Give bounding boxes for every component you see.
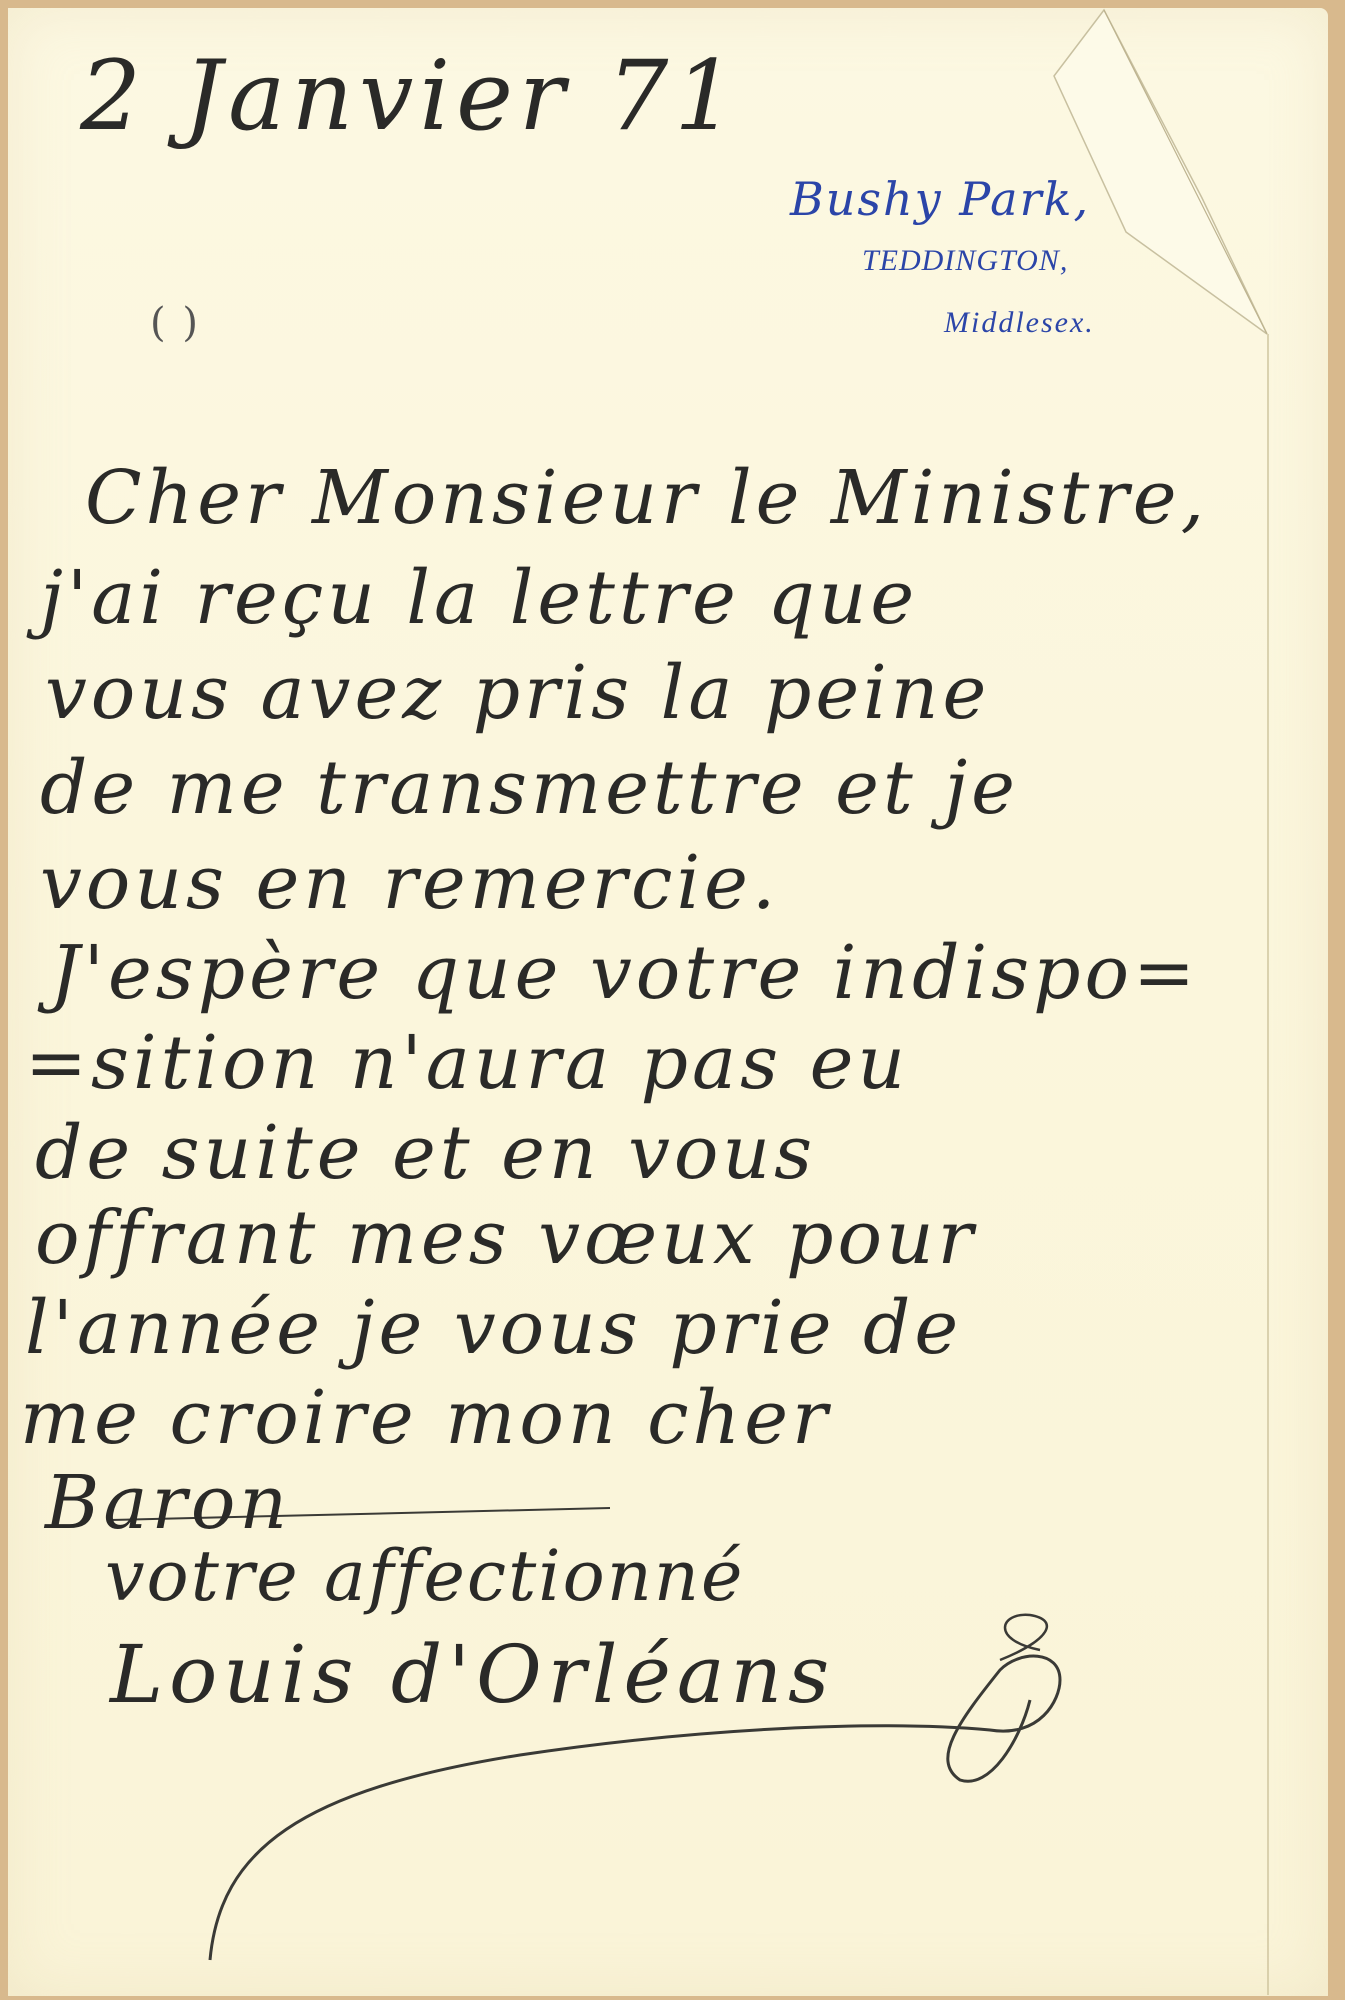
- letterhead-county: Middlesex.: [944, 306, 1095, 340]
- body-line-1: Cher Monsieur le Ministre,: [85, 455, 1208, 541]
- body-line-11: me croire mon cher: [20, 1375, 831, 1461]
- letter-closing: votre affectionné: [105, 1535, 744, 1617]
- body-line-9: offrant mes vœux pour: [35, 1195, 977, 1281]
- body-line-5: vous en remercie.: [40, 840, 779, 926]
- body-line-2: j'ai reçu la lettre que: [40, 555, 918, 641]
- letterhead-estate: Bushy Park,: [790, 172, 1090, 226]
- body-line-3: vous avez pris la peine: [45, 650, 990, 736]
- body-line-6: J'espère que votre indispo=: [50, 930, 1199, 1016]
- body-line-8: de suite et en vous: [35, 1110, 816, 1196]
- body-line-7: =sition n'aura pas eu: [25, 1020, 909, 1106]
- body-line-12: Baron: [45, 1460, 291, 1546]
- letterhead-town: TEDDINGTON,: [862, 244, 1068, 278]
- body-line-4: de me transmettre et je: [40, 745, 1019, 831]
- body-line-10: l'année je vous prie de: [25, 1285, 962, 1371]
- letter-signature: Louis d'Orléans: [110, 1628, 835, 1721]
- margin-mark: ( ): [150, 300, 200, 346]
- letter-date: 2 Janvier 71: [80, 40, 741, 152]
